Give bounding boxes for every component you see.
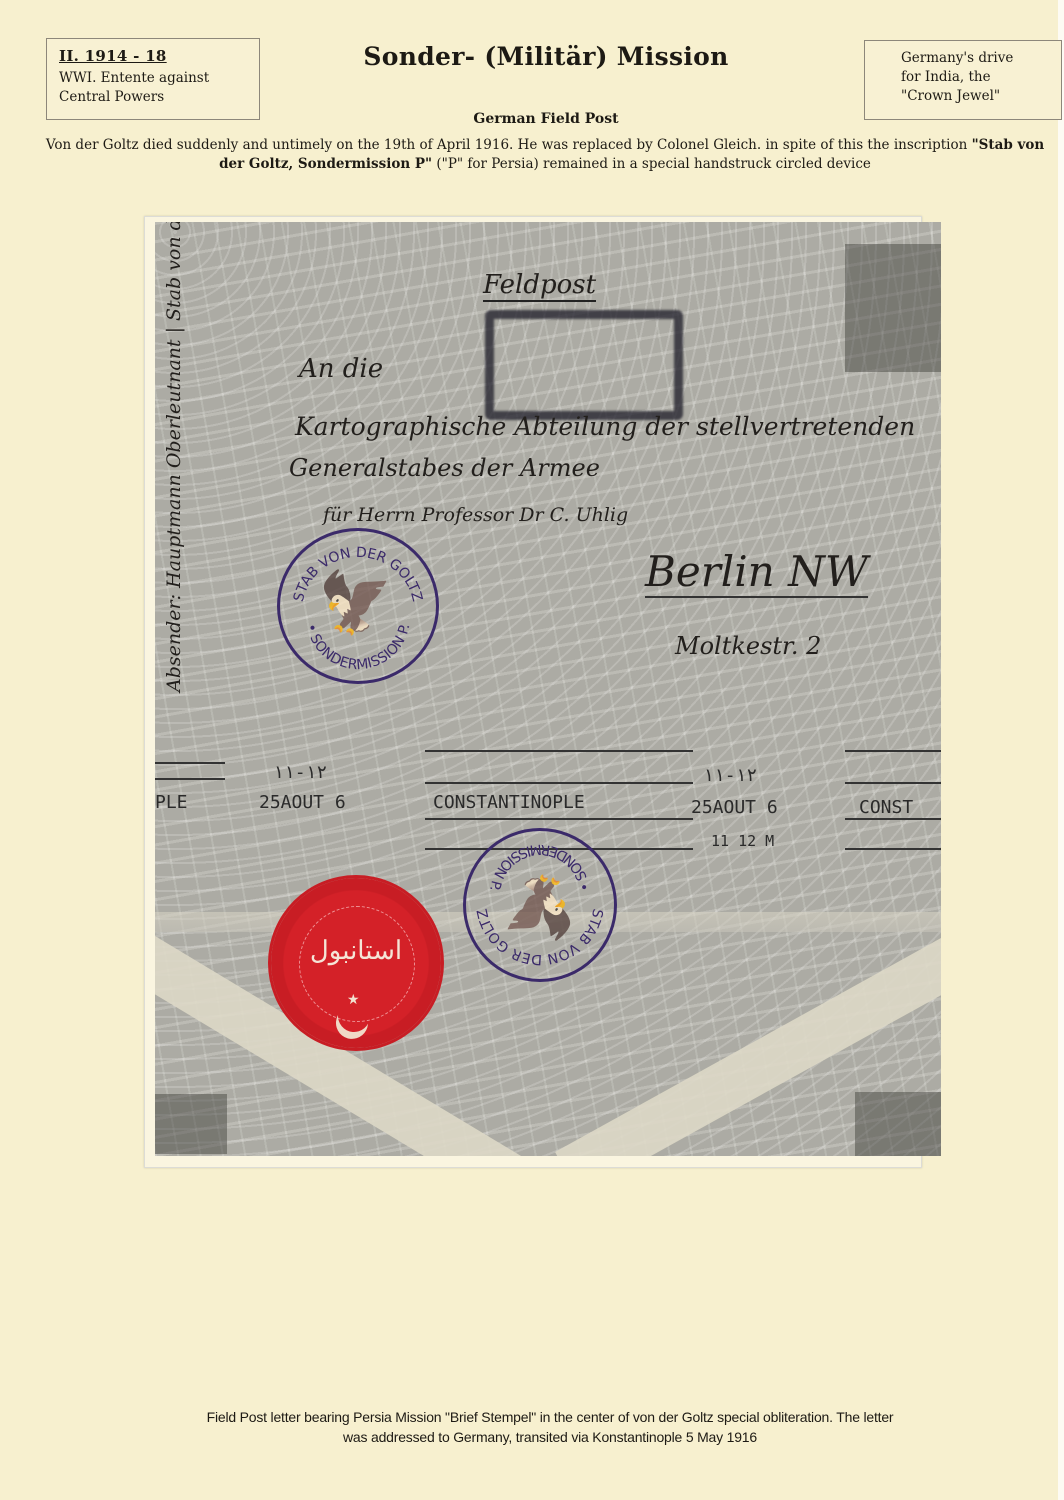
page-edge (1058, 0, 1064, 1500)
cancel-city: CONSTANTINOPLE (433, 792, 585, 813)
mount-corner (855, 1092, 941, 1156)
red-wax-seal: استانبول ★ (271, 878, 441, 1048)
page-subtitle: German Field Post (0, 111, 1064, 127)
theme-box: Germany's drive for India, the "Crown Je… (864, 40, 1062, 120)
manuscript-address-line-2: Generalstabes der Armee (289, 454, 600, 482)
cancel-arabic-date-left: ١٢-١١ (273, 762, 327, 783)
cancel-fragment-left: PLE (155, 792, 188, 813)
manuscript-address-line-3: für Herrn Professor Dr C. Uhlig (323, 504, 628, 526)
eagle-icon: 🦅 (318, 563, 390, 643)
manuscript-city: Berlin NW (645, 547, 868, 598)
section-description: WWI. Entente against Central Powers (59, 69, 209, 107)
cancel-time: 11 12 M (711, 832, 774, 850)
cancel-fragment-right: CONST (859, 797, 913, 818)
cancel-date-left: 25AOUT 6 (259, 792, 346, 813)
cancel-arabic-date-right: ١٢-١١ (703, 765, 757, 786)
mount-corner (845, 244, 941, 372)
seal-inscription: استانبول (271, 936, 441, 966)
envelope-cover: Feldpost An die Kartographische Abteilun… (155, 222, 941, 1156)
description-text: Von der Goltz died suddenly and untimely… (40, 136, 1050, 174)
sondermission-handstamp-inverted: STAB VON DER GOLTZ • SONDERMISSION P. 🦅 (463, 828, 617, 982)
caption: Field Post letter bearing Persia Mission… (70, 1407, 1030, 1447)
cancel-date-right: 25AOUT 6 (691, 797, 778, 818)
sondermission-handstamp: STAB VON DER GOLTZ • SONDERMISSION P. 🦅 (277, 528, 439, 684)
mount-corner (155, 1094, 227, 1154)
theme-text: Germany's drive for India, the "Crown Je… (901, 49, 1013, 106)
eagle-icon: 🦅 (504, 867, 576, 947)
manuscript-address-line-1: Kartographische Abteilung der stellvertr… (295, 412, 915, 441)
manuscript-an-die: An die (299, 354, 383, 384)
manuscript-feldpost: Feldpost (483, 270, 596, 302)
manuscript-street: Moltkestr. 2 (675, 632, 821, 660)
boxed-handstamp (485, 310, 683, 420)
manuscript-sender: Absender: Hauptmann Oberleutnant | Stab … (161, 272, 187, 692)
